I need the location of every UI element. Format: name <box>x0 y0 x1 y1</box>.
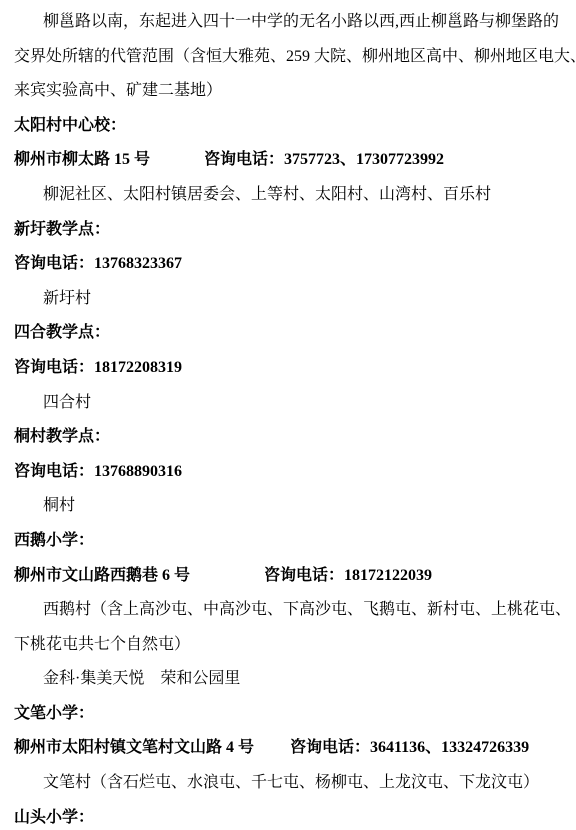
school-phone: 咨询电话：18172122039 <box>264 567 432 584</box>
village-list-line: 柳泥社区、太阳村镇居委会、上等村、太阳村、山湾村、百乐村 <box>14 178 562 213</box>
intro-line-1: 柳邕路以南，东起进入四十一中学的无名小路以西,西止柳邕路与柳堡路的 <box>14 5 562 40</box>
village-list-line: 文笔村（含石烂屯、水浪屯、千七屯、杨柳屯、上龙汶屯、下龙汶屯） <box>14 766 562 801</box>
village-list-line: 金科·集美天悦 荣和公园里 <box>14 662 562 697</box>
school-phone: 咨询电话：3757723、17307723992 <box>204 151 444 168</box>
school-heading: 新圩教学点： <box>14 213 562 248</box>
school-section-shantou: 山头小学： <box>14 801 562 830</box>
school-address: 柳州市文山路西鹅巷 6 号 <box>14 567 190 584</box>
village-list-line: 四合村 <box>14 386 562 421</box>
school-address: 柳州市太阳村镇文笔村文山路 4 号 <box>14 739 254 756</box>
school-heading: 桐村教学点： <box>14 420 562 455</box>
school-heading: 太阳村中心校： <box>14 109 562 144</box>
school-heading: 山头小学： <box>14 801 562 830</box>
village-list-line: 西鹅村（含上高沙屯、中高沙屯、下高沙屯、飞鹅屯、新村屯、上桃花屯、 <box>14 593 562 628</box>
village-list-line-continued: 下桃花屯共七个自然屯） <box>14 628 562 663</box>
school-address-phone-line: 柳州市太阳村镇文笔村文山路 4 号咨询电话：3641136、1332472633… <box>14 731 562 766</box>
school-phone: 咨询电话：18172208319 <box>14 351 562 386</box>
school-section-taiyangcun: 太阳村中心校： 柳州市柳太路 15 号咨询电话：3757723、17307723… <box>14 109 562 213</box>
school-heading: 文笔小学： <box>14 697 562 732</box>
school-address-phone-line: 柳州市文山路西鹅巷 6 号咨询电话：18172122039 <box>14 559 562 594</box>
school-phone: 咨询电话：13768890316 <box>14 455 562 490</box>
school-address-phone-line: 柳州市柳太路 15 号咨询电话：3757723、17307723992 <box>14 143 562 178</box>
school-section-wenbi: 文笔小学： 柳州市太阳村镇文笔村文山路 4 号咨询电话：3641136、1332… <box>14 697 562 801</box>
village-list-line: 桐村 <box>14 489 562 524</box>
school-phone: 咨询电话：3641136、13324726339 <box>290 739 529 756</box>
school-section-sihe: 四合教学点： 咨询电话：18172208319 四合村 <box>14 316 562 420</box>
intro-paragraph: 柳邕路以南，东起进入四十一中学的无名小路以西,西止柳邕路与柳堡路的 交界处所辖的… <box>14 5 562 109</box>
school-section-xie: 西鹅小学： 柳州市文山路西鹅巷 6 号咨询电话：18172122039 西鹅村（… <box>14 524 562 697</box>
school-heading: 四合教学点： <box>14 316 562 351</box>
intro-line-2: 交界处所辖的代管范围（含恒大雅苑、259 大院、柳州地区高中、柳州地区电大、 <box>14 40 562 75</box>
school-address: 柳州市柳太路 15 号 <box>14 151 150 168</box>
school-heading: 西鹅小学： <box>14 524 562 559</box>
school-section-tongcun: 桐村教学点： 咨询电话：13768890316 桐村 <box>14 420 562 524</box>
village-list-line: 新圩村 <box>14 282 562 317</box>
intro-line-3: 来宾实验高中、矿建二基地） <box>14 74 562 109</box>
document-page: 柳邕路以南，东起进入四十一中学的无名小路以西,西止柳邕路与柳堡路的 交界处所辖的… <box>0 0 576 830</box>
school-phone: 咨询电话：13768323367 <box>14 247 562 282</box>
school-section-xinxu: 新圩教学点： 咨询电话：13768323367 新圩村 <box>14 213 562 317</box>
